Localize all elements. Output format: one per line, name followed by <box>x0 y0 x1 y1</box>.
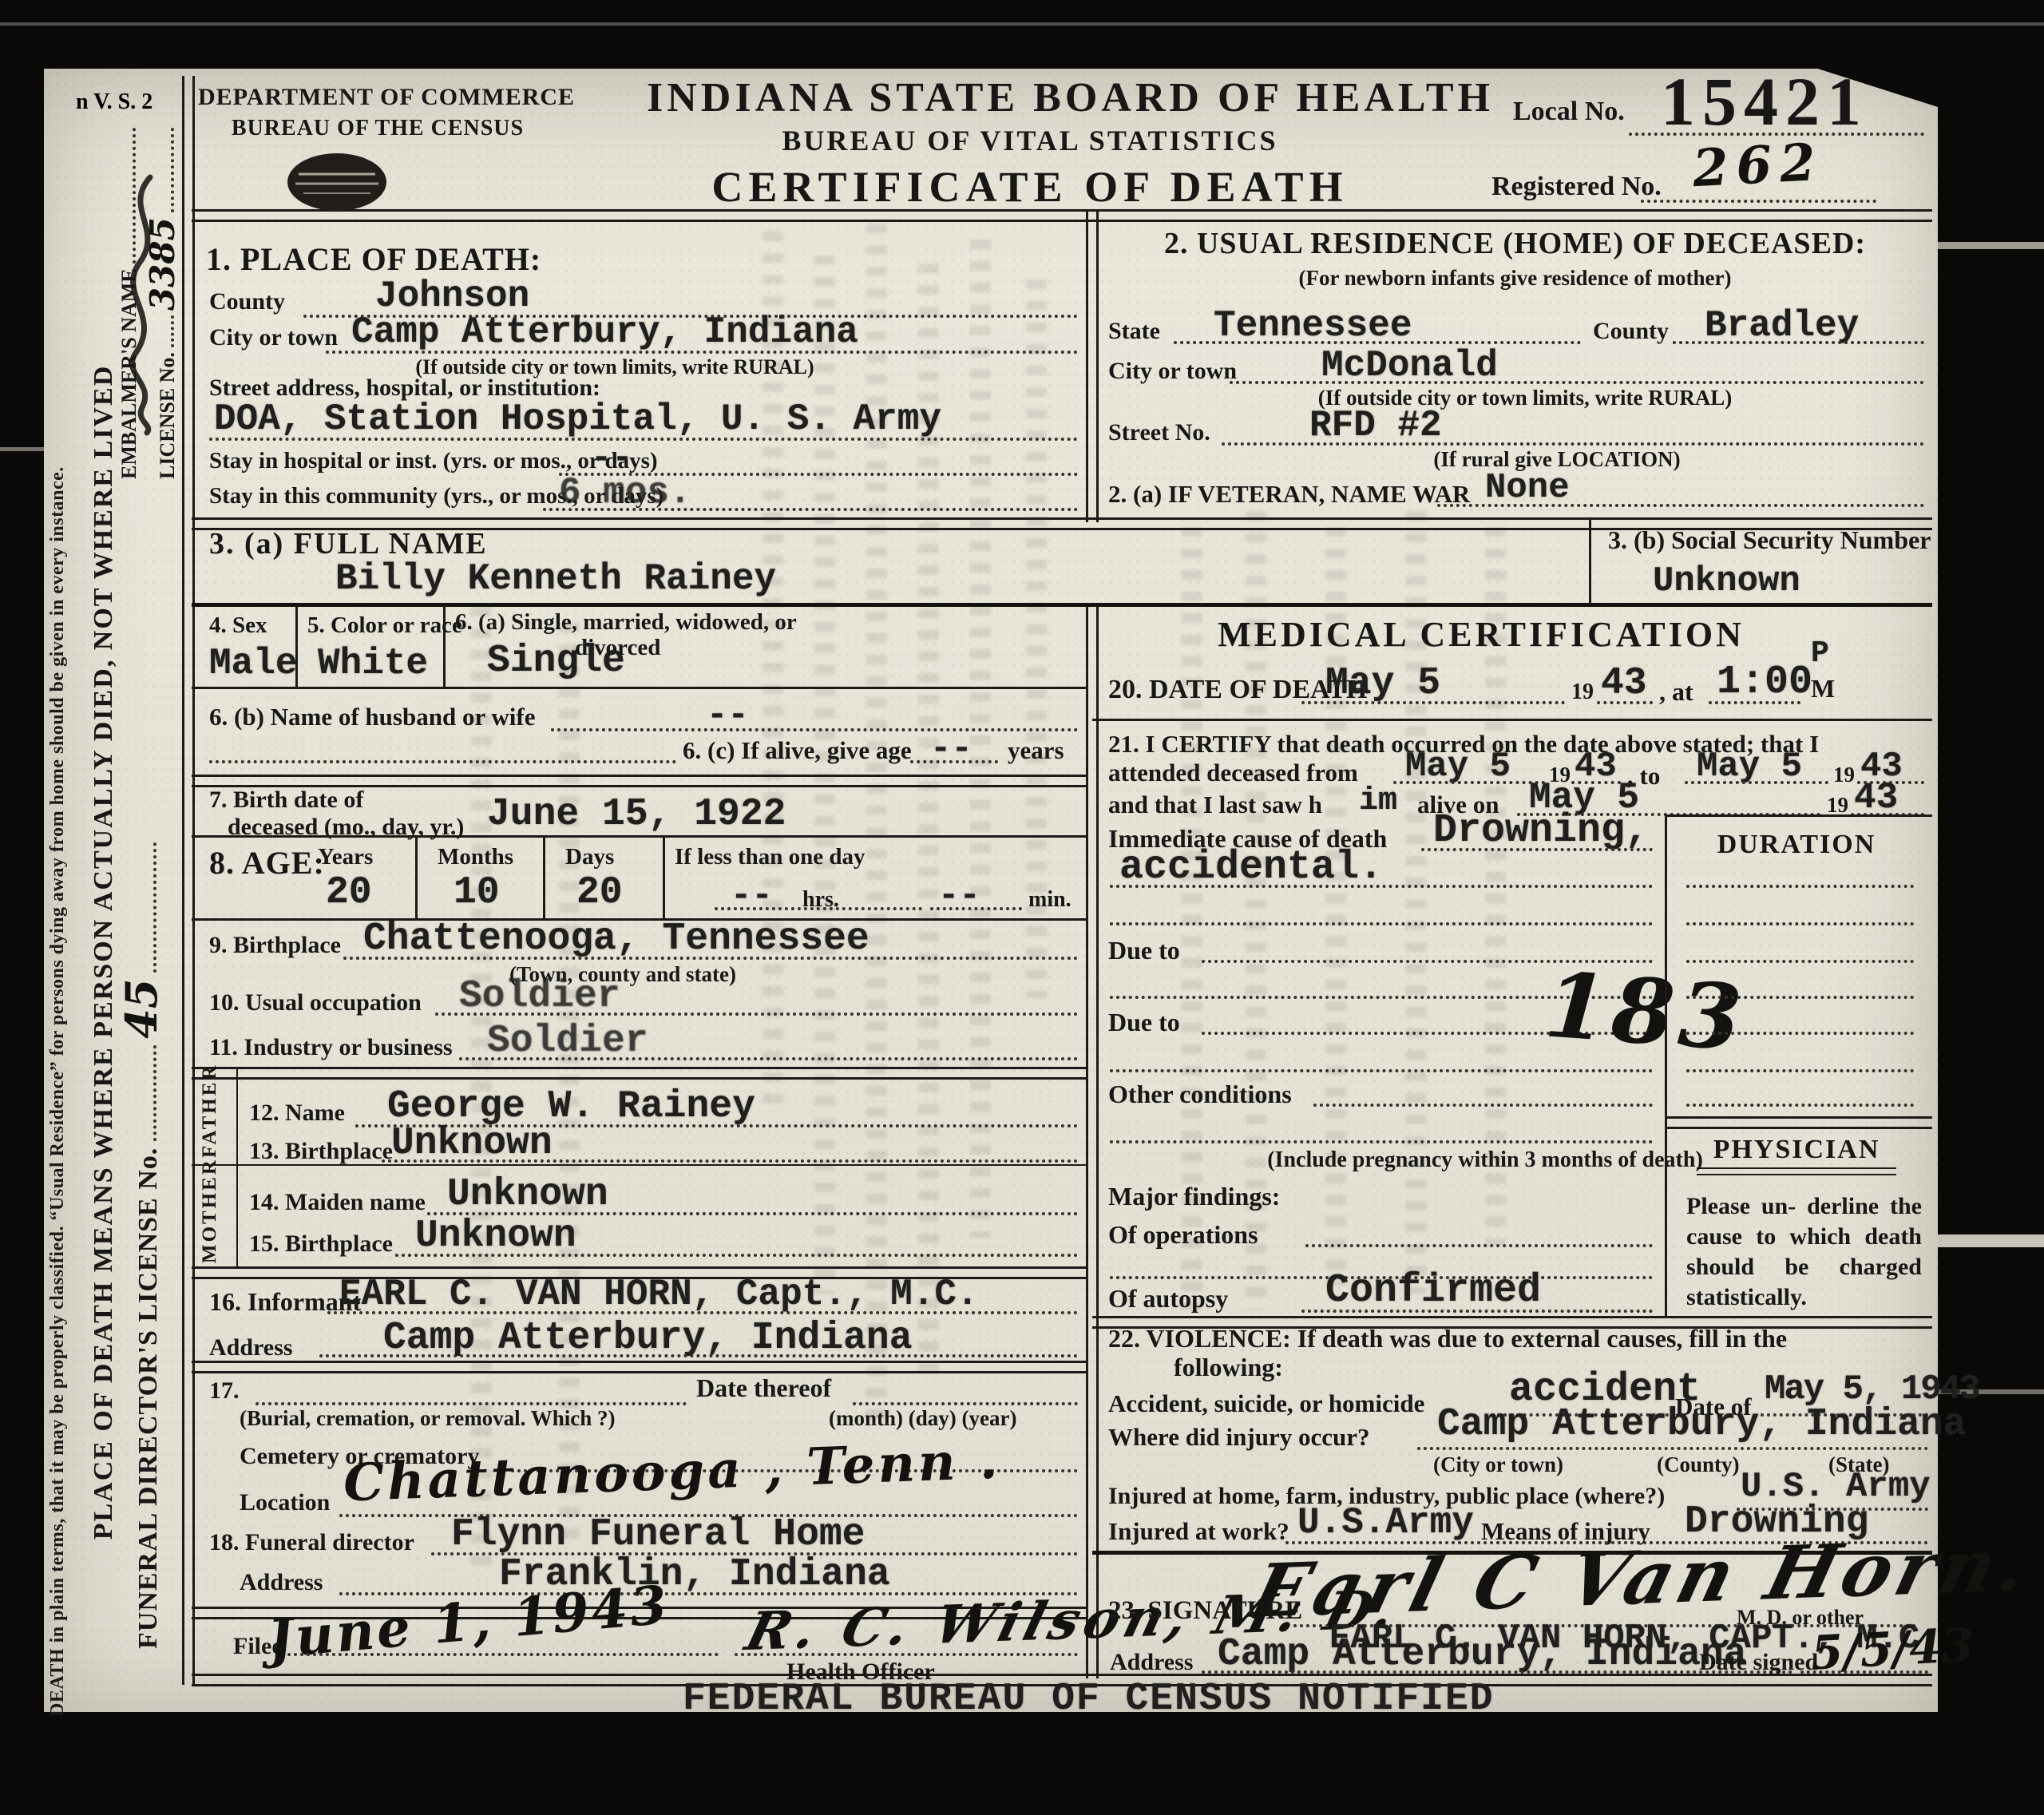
mother-maiden-value: Unknown <box>447 1175 608 1214</box>
duration-line <box>1686 1069 1914 1072</box>
rule <box>192 1067 1086 1080</box>
immediate-cause-value1: Drowning, <box>1433 811 1649 851</box>
cell-divider <box>415 835 418 918</box>
stay-hospital-value: -- <box>591 441 633 476</box>
dotted-line <box>209 760 676 763</box>
residence-county-label: County <box>1593 319 1669 344</box>
attended-label: attended deceased from <box>1108 760 1358 787</box>
birthdate-label1: 7. Birth date of <box>209 787 363 813</box>
attended-to-month: May 5 <box>1697 749 1802 784</box>
funeral-director-value: Flynn Funeral Home <box>451 1516 865 1554</box>
rule <box>192 775 1086 787</box>
street-label: Street address, hospital, or institution… <box>209 375 600 401</box>
residence-county-value: Bradley <box>1705 307 1859 344</box>
census-seal <box>281 150 393 214</box>
dept-line2: BUREAU OF THE CENSUS <box>198 117 557 140</box>
date-signed-value: 5/5/43 <box>1810 1622 1975 1677</box>
rule <box>192 209 1932 222</box>
registered-no-value: 262 <box>1691 137 1824 195</box>
dotted-line <box>1174 341 1581 344</box>
physician-underline <box>1697 1167 1896 1169</box>
dotted-line <box>1301 1310 1653 1313</box>
full-name-value: Billy Kenneth Rainey <box>335 561 776 597</box>
injured-at-work-label: Injured at work? <box>1108 1519 1289 1545</box>
residence-city-note: (If outside city or town limits, write R… <box>1182 386 1868 409</box>
age-years-header: Years <box>318 845 373 869</box>
funeral-director-license-block: FUNERAL DIRECTOR'S LICENSE No. 45 <box>120 842 163 1649</box>
dotted-line <box>343 957 1078 960</box>
vital-subtitle: BUREAU OF VITAL STATISTICS <box>647 126 1413 157</box>
age-days-header: Days <box>565 845 614 869</box>
mother-birthplace-label: 15. Birthplace <box>249 1231 393 1257</box>
dotted-line <box>1673 341 1924 344</box>
residence-heading: 2. USUAL RESIDENCE (HOME) OF DECEASED: <box>1098 228 1932 260</box>
city-value: Camp Atterbury, Indiana <box>351 314 858 351</box>
injured-place-value: U.S. Army <box>1741 1469 1931 1504</box>
informant-address-label: Address <box>209 1335 292 1361</box>
physician-header: PHYSICIAN <box>1685 1135 1908 1164</box>
month-day-year-note: (month) (day) (year) <box>829 1407 1016 1429</box>
sex-value: Male <box>209 645 297 682</box>
item17-number: 17. <box>209 1378 240 1404</box>
violence-heading2: following: <box>1174 1354 1283 1381</box>
rule <box>1092 719 1932 721</box>
alive-age-suffix: years <box>1008 738 1064 764</box>
dotted-line <box>1110 1069 1653 1072</box>
rule <box>192 687 1086 689</box>
sex-label: 4. Sex <box>209 613 267 637</box>
veteran-value: None <box>1485 470 1570 505</box>
age-min-label: min. <box>1028 888 1072 911</box>
dotted-line <box>1417 1447 1928 1450</box>
dotted-line <box>395 1254 1078 1257</box>
accident-date-value: May 5, 1943 <box>1765 1372 1979 1407</box>
county-note: (County) <box>1657 1453 1740 1476</box>
dotted-line <box>715 907 922 910</box>
center-divider <box>1086 209 1099 522</box>
veteran-label: 2. (a) IF VETERAN, NAME WAR <box>1108 481 1470 508</box>
last-saw-him: im <box>1359 786 1397 818</box>
alive-age-label: 6. (c) If alive, give age <box>683 738 912 764</box>
form-number: n V. S. 2 <box>76 89 153 115</box>
state-label: State <box>1108 319 1160 344</box>
father-birthplace-label: 13. Birthplace <box>249 1139 393 1164</box>
ampm-p: P <box>1811 639 1829 669</box>
street-value: DOA, Station Hospital, U. S. Army <box>214 401 941 438</box>
duration-header: DURATION <box>1669 830 1924 859</box>
birthplace-value: Chattenooga, Tennessee <box>363 920 869 958</box>
dotted-line <box>153 842 156 973</box>
parent-group-divider <box>236 1068 238 1268</box>
of-autopsy-label: Of autopsy <box>1108 1286 1228 1313</box>
burial-note: (Burial, cremation, or removal. Which ?) <box>240 1407 615 1429</box>
dotted-line <box>1110 885 1653 888</box>
where-injury-label: Where did injury occur? <box>1108 1425 1370 1451</box>
margin-note: DEATH in plain terms, that it may be pro… <box>46 200 69 1717</box>
race-value: White <box>318 645 428 682</box>
autopsy-value: Confirmed <box>1325 1271 1541 1311</box>
signature-label: 23. SIGNATURE <box>1108 1597 1302 1625</box>
informant-address-value: Camp Atterbury, Indiana <box>383 1319 913 1357</box>
local-no-value: 15421 <box>1661 65 1868 137</box>
cell-divider <box>663 835 665 918</box>
physician-underline <box>1697 1174 1896 1175</box>
birthplace-label: 9. Birthplace <box>209 933 341 958</box>
father-group-label: FATHER <box>200 1070 220 1158</box>
age-years-value: 20 <box>326 874 372 912</box>
birthdate-value: June 15, 1922 <box>487 795 786 834</box>
center-divider <box>1086 604 1099 1678</box>
immediate-cause-value2: accidental. <box>1119 848 1383 888</box>
age-less-header: If less than one day <box>675 845 866 869</box>
injured-at-work-value: U.S.Army <box>1297 1504 1474 1541</box>
marital-value: Single <box>487 642 625 680</box>
dotted-line <box>459 1057 1078 1060</box>
cell-divider <box>543 835 545 918</box>
violence-heading: 22. VIOLENCE: If death was due to extern… <box>1108 1326 1787 1353</box>
year-prefix: 19 <box>1833 763 1855 786</box>
year-prefix: 19 <box>1827 794 1848 816</box>
physician-note: Please un- derline the cause to which de… <box>1686 1191 1922 1313</box>
dotted-line <box>910 760 998 763</box>
state-value: Tennessee <box>1214 307 1412 344</box>
father-name-label: 12. Name <box>249 1100 345 1126</box>
place-of-death-heading: 1. PLACE OF DEATH: <box>206 243 541 276</box>
ssn-label: 3. (b) Social Security Number <box>1608 527 1931 554</box>
county-value: Johnson <box>375 278 529 315</box>
marital-label: 6. (a) Single, married, widowed, or <box>455 610 797 634</box>
city-or-town-note: (City or town) <box>1433 1453 1563 1476</box>
dotted-line <box>1110 1140 1653 1143</box>
last-saw-label1: and that I last saw h <box>1108 792 1322 818</box>
major-findings-label: Major findings: <box>1108 1183 1280 1211</box>
certifier-address-label: Address <box>1110 1650 1193 1675</box>
city-label: City or town <box>209 325 338 351</box>
dotted-line <box>435 1013 1078 1016</box>
due-to-label: Due to <box>1108 937 1180 965</box>
ssn-value: Unknown <box>1653 564 1800 599</box>
rule <box>192 1164 1086 1166</box>
cause-code-183: 183 <box>1542 961 1749 1064</box>
dotted-line <box>319 1354 1078 1357</box>
scan-streak <box>1938 1234 2044 1247</box>
accident-kind-label: Accident, suicide, or homicide <box>1108 1391 1424 1417</box>
dotted-line <box>1685 781 1828 784</box>
residence-city-value: McDonald <box>1321 347 1498 384</box>
dotted-line <box>1709 701 1800 704</box>
dept-line1: DEPARTMENT OF COMMERCE <box>198 85 557 110</box>
dotted-line <box>543 508 1078 511</box>
residence-subnote: (For newborn infants give residence of m… <box>1098 267 1932 289</box>
age-label: 8. AGE: <box>209 846 325 880</box>
dotted-line <box>1800 1670 1928 1674</box>
census-notified-line: FEDERAL BUREAU OF CENSUS NOTIFIED <box>683 1680 1495 1718</box>
last-saw-year: 43 <box>1854 779 1898 816</box>
date-of-death-month: May 5 <box>1325 664 1440 703</box>
of-operations-label: Of operations <box>1108 1222 1258 1249</box>
form-left-border <box>182 76 195 1685</box>
ssn-box-divider <box>1589 519 1591 604</box>
dotted-line <box>1222 442 1924 446</box>
duration-line <box>1686 1032 1914 1035</box>
dotted-line <box>326 351 1078 354</box>
board-title: INDIANA STATE BOARD OF HEALTH <box>647 77 1413 121</box>
where-injury-value: Camp Atterbury, Indiana <box>1437 1405 1967 1444</box>
dotted-line <box>1305 1244 1653 1247</box>
registered-no-label: Registered No. <box>1491 172 1662 201</box>
local-no-label: Local No. <box>1513 97 1625 126</box>
date-of-death-year: 43 <box>1601 664 1647 703</box>
residence-city-label: City or town <box>1108 359 1237 384</box>
age-months-header: Months <box>438 845 513 869</box>
mother-maiden-label: 14. Maiden name <box>249 1190 426 1215</box>
scan-streak <box>1938 242 2044 249</box>
industry-label: 11. Industry or business <box>209 1035 453 1060</box>
age-months-value: 10 <box>454 874 500 912</box>
dotted-line <box>1393 781 1545 784</box>
duration-box-top <box>1665 814 1932 817</box>
duration-line <box>1686 885 1914 888</box>
birthdate-label2: deceased (mo., day, yr.) <box>228 814 464 840</box>
duration-line <box>1686 1104 1914 1107</box>
time-of-death: 1:00 <box>1717 663 1812 703</box>
bleed-through <box>970 240 991 1238</box>
dotted-line <box>255 1402 687 1405</box>
at-label: , at <box>1659 679 1693 706</box>
duration-line <box>1686 960 1914 963</box>
dotted-line <box>853 1402 1078 1405</box>
dotted-line <box>1437 504 1924 507</box>
industry-value: Soldier <box>487 1022 648 1060</box>
scan-streak <box>0 447 44 451</box>
father-name-value: George W. Rainey <box>387 1088 755 1126</box>
dotted-line <box>1301 701 1565 704</box>
other-conditions-label: Other conditions <box>1108 1081 1292 1108</box>
informant-value: EARL C. VAN HORN, Capt., M.C. <box>339 1276 979 1313</box>
funeral-director-license-label: FUNERAL DIRECTOR'S LICENSE No. <box>134 1147 163 1649</box>
dotted-line <box>930 907 1022 910</box>
dotted-line <box>1110 922 1653 925</box>
dotted-line <box>735 1653 1078 1656</box>
rule <box>1665 1116 1932 1129</box>
mother-group-label: MOTHER <box>200 1163 220 1263</box>
dotted-line <box>1641 200 1876 203</box>
rule <box>192 1361 1086 1373</box>
certifier-address-value: Camp Atterbury, Indiana <box>1218 1635 1747 1674</box>
dotted-line <box>209 438 1078 441</box>
medical-certification-heading: MEDICAL CERTIFICATION <box>1142 616 1820 653</box>
occupation-value: Soldier <box>459 977 620 1016</box>
funeral-director-license-value: 45 <box>120 979 163 1039</box>
funeral-director-address-label: Address <box>240 1570 323 1595</box>
dotted-line <box>551 728 1078 731</box>
year-prefix: 19 <box>1571 680 1594 703</box>
location-label: Location <box>240 1490 330 1516</box>
age-days-value: 20 <box>576 874 623 912</box>
birthplace-note: (Town, county and state) <box>383 963 862 985</box>
dotted-line <box>327 1311 1078 1314</box>
scan-streak <box>0 22 2044 26</box>
street-no-label: Street No. <box>1108 420 1210 446</box>
dotted-line <box>1230 381 1924 384</box>
duration-line <box>1686 922 1914 925</box>
date-thereof-label: Date thereof <box>696 1375 831 1402</box>
dotted-line <box>1313 1104 1653 1107</box>
dotted-line <box>382 1159 1078 1163</box>
stay-community-value: 6 mos. <box>559 474 691 511</box>
street-no-value: RFD #2 <box>1309 407 1442 444</box>
rule <box>192 603 1932 607</box>
dotted-line <box>287 1653 719 1656</box>
duration-line <box>1686 996 1914 999</box>
embalmer-signature-scribble <box>112 168 176 439</box>
duration-box-border <box>1665 814 1667 1318</box>
mother-birthplace-value: Unknown <box>415 1217 576 1255</box>
spouse-label: 6. (b) Name of husband or wife <box>209 704 535 731</box>
ampm-m: M <box>1811 676 1835 703</box>
scanned-death-certificate: { "header": { "corner": "n V. S. 2", "de… <box>0 0 2044 1815</box>
attended-from-month: May 5 <box>1405 749 1511 784</box>
funeral-director-label: 18. Funeral director <box>209 1530 414 1555</box>
full-name-label: 3. (a) FULL NAME <box>209 529 488 561</box>
dotted-line <box>153 1045 156 1141</box>
dotted-line <box>1421 848 1653 851</box>
page-title: CERTIFICATE OF DEATH <box>647 164 1413 210</box>
county-label: County <box>209 289 285 315</box>
due-to-label: Due to <box>1108 1009 1180 1036</box>
race-label: 5. Color or race <box>307 613 462 637</box>
father-birthplace-value: Unknown <box>391 1124 553 1163</box>
dotted-line <box>1597 701 1653 704</box>
occupation-label: 10. Usual occupation <box>209 990 422 1016</box>
